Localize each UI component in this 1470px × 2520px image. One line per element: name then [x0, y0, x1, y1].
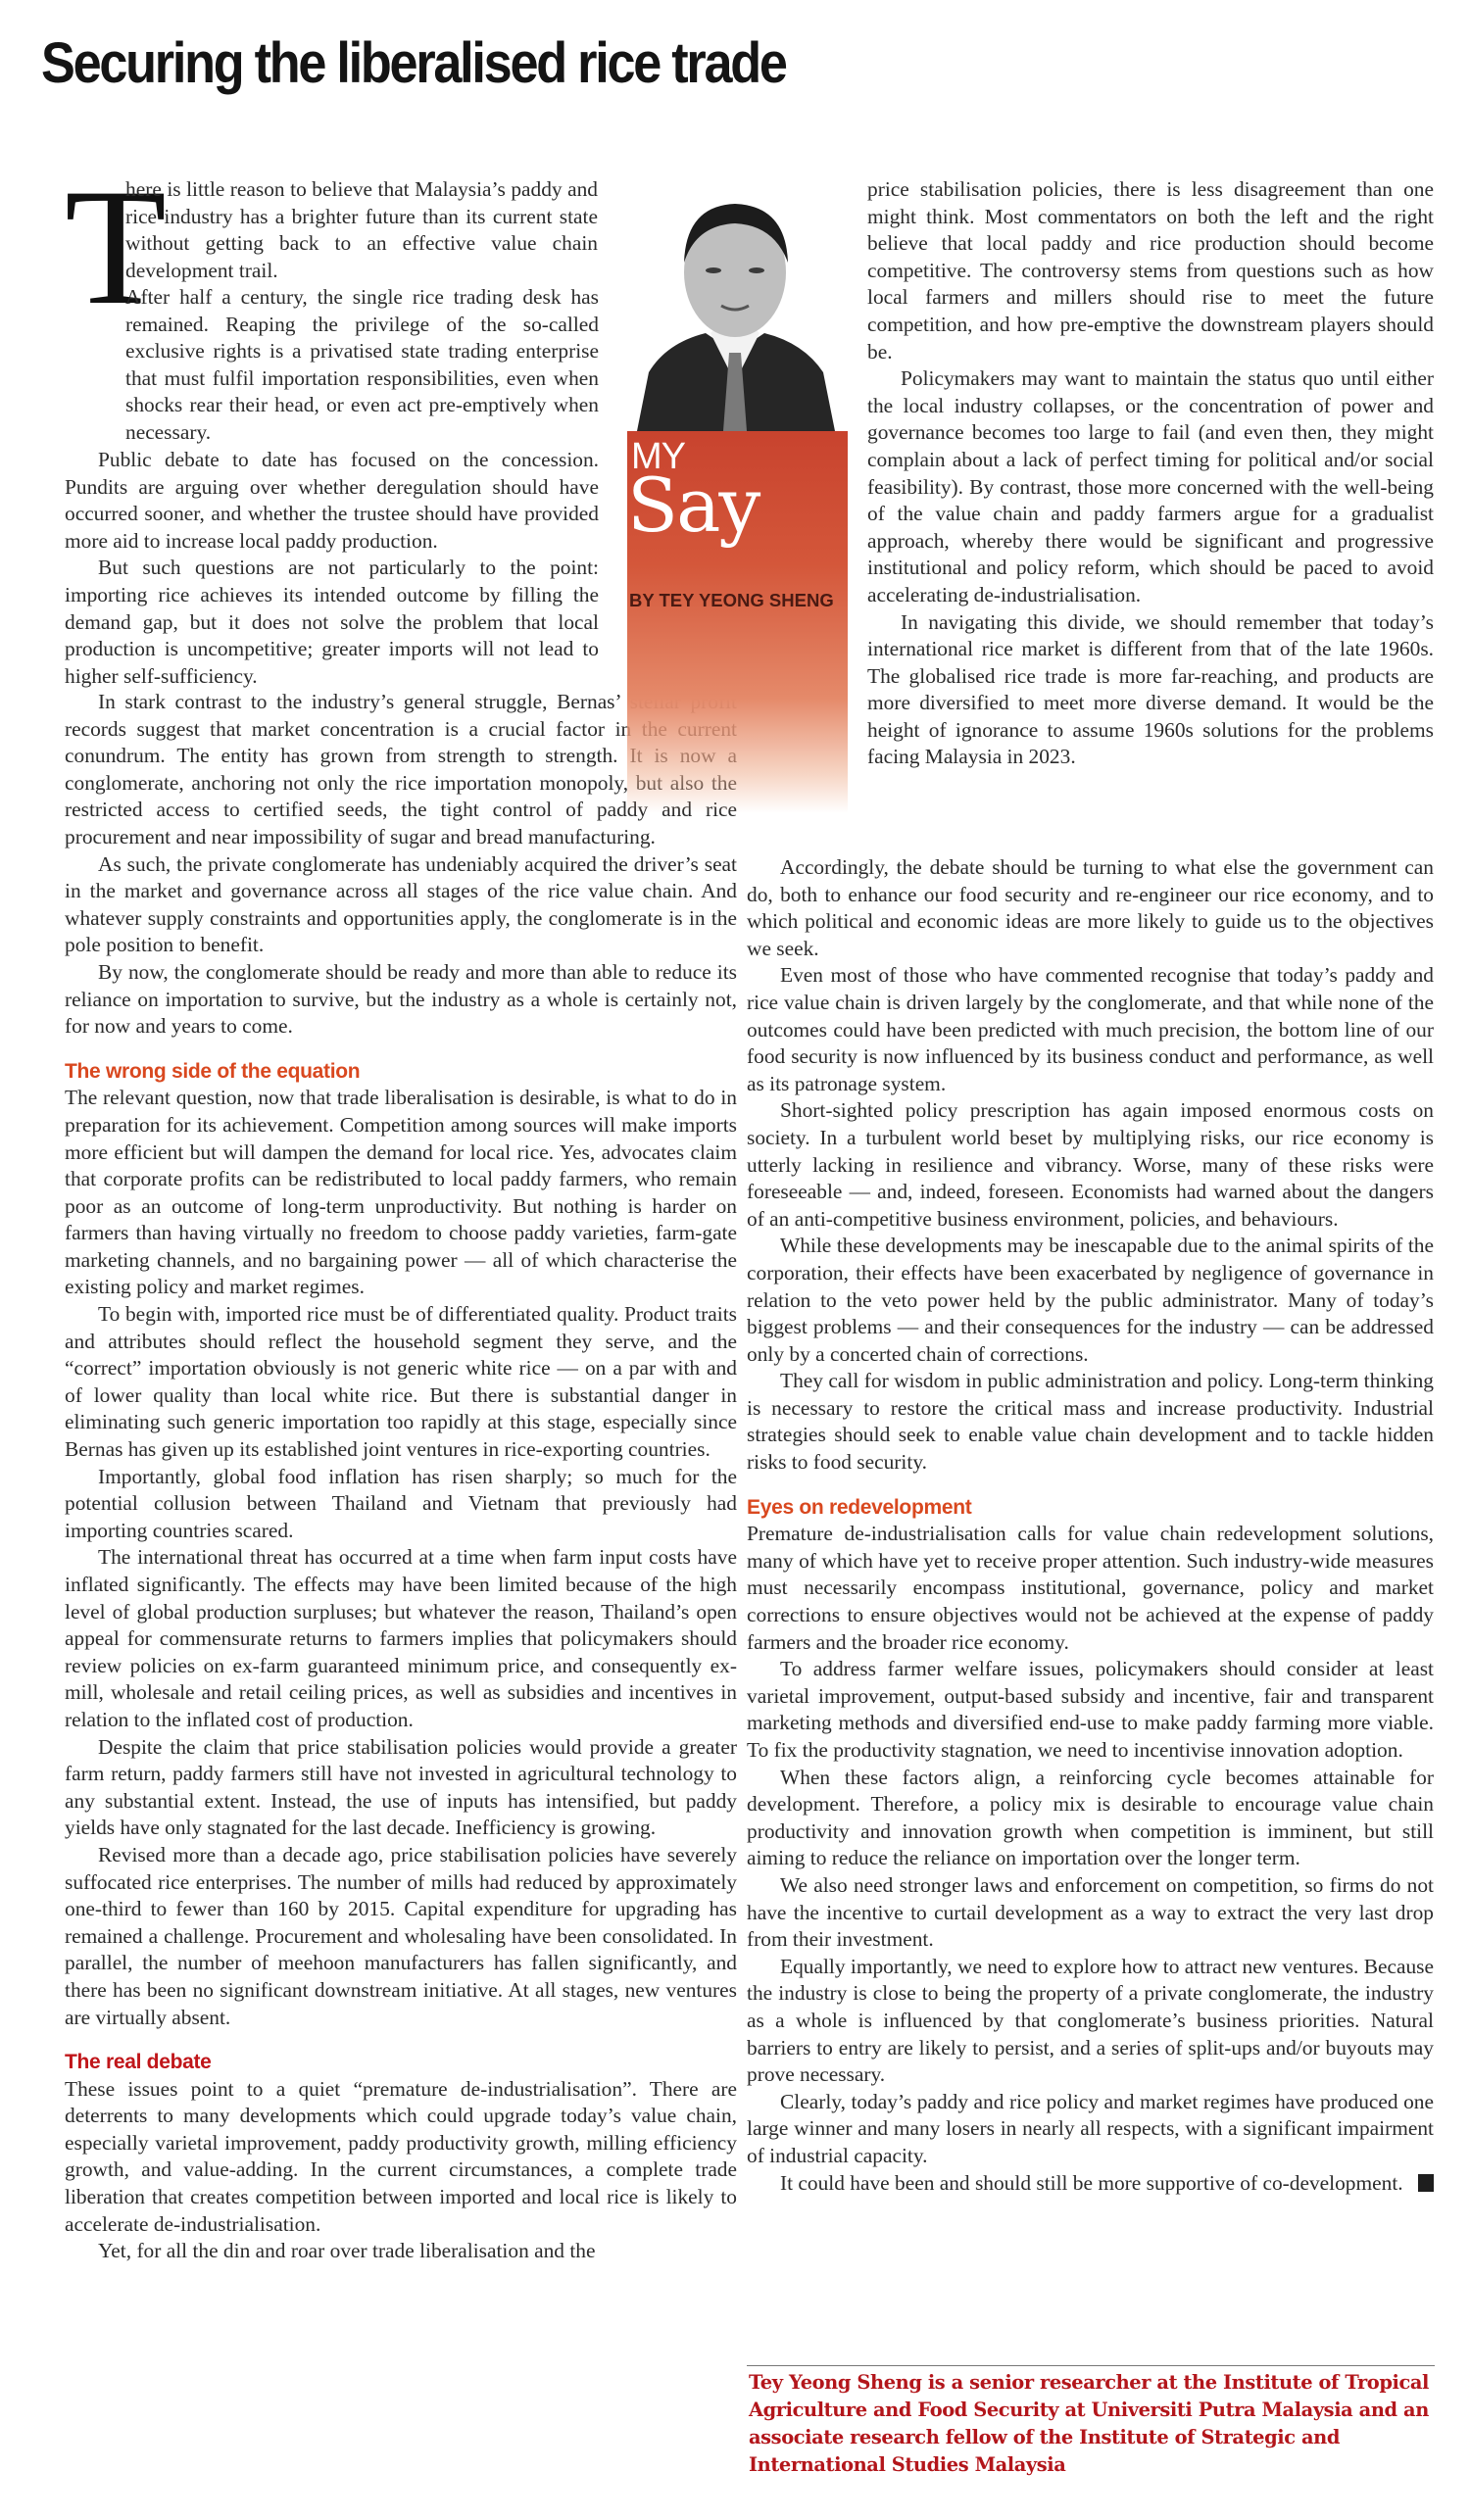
paragraph: Revised more than a decade ago, price st… [65, 1842, 737, 2031]
author-bio: Tey Yeong Sheng is a senior researcher a… [749, 2369, 1435, 2479]
final-sentence: It could have been and should still be m… [780, 2171, 1403, 2195]
col2-wide: Accordingly, the debate should be turnin… [747, 854, 1434, 2197]
my-say-label-say: Say [627, 466, 759, 545]
paragraph: As such, the private conglomerate has un… [65, 851, 737, 959]
col1-middle: Public debate to date has focused on the… [65, 447, 599, 690]
paragraph: We also need stronger laws and enforceme… [747, 1872, 1434, 1954]
paragraph: They call for wisdom in public administr… [747, 1368, 1434, 1476]
paragraph: price stabilisation policies, there is l… [867, 176, 1434, 365]
subhead-real-debate: The real debate [65, 2049, 737, 2076]
paragraph: here is little reason to believe that Ma… [125, 176, 598, 284]
paragraph: It could have been and should still be m… [747, 2170, 1434, 2198]
paragraph: Public debate to date has focused on the… [65, 447, 599, 555]
paragraph: The international threat has occurred at… [65, 1544, 737, 1733]
paragraph: Premature de-industrialisation calls for… [747, 1521, 1434, 1656]
paragraph: Policymakers may want to maintain the st… [867, 365, 1434, 608]
col2-upper: price stabilisation policies, there is l… [867, 176, 1434, 771]
col1-wide: In stark contrast to the industry’s gene… [65, 689, 737, 2265]
paragraph: After half a century, the single rice tr… [65, 284, 599, 447]
author-photo [627, 186, 843, 431]
end-mark-icon: E [1418, 2174, 1434, 2192]
author-portrait-icon [627, 186, 843, 431]
paragraph: Yet, for all the din and roar over trade… [65, 2238, 737, 2265]
intro-paragraph: here is little reason to believe that Ma… [125, 176, 598, 284]
headline: Securing the liberalised rice trade [41, 29, 1011, 98]
paragraph: By now, the conglomerate should be ready… [65, 959, 737, 1041]
paragraph: Accordingly, the debate should be turnin… [747, 854, 1434, 962]
paragraph: Even most of those who have commented re… [747, 962, 1434, 1097]
paragraph: Despite the claim that price stabilisati… [65, 1734, 737, 1842]
paragraph: Clearly, today’s paddy and rice policy a… [747, 2089, 1434, 2170]
paragraph: While these developments may be inescapa… [747, 1233, 1434, 1368]
paragraph: In navigating this divide, we should rem… [867, 609, 1434, 772]
paragraph: When these factors align, a reinforcing … [747, 1765, 1434, 1872]
paragraph: To address farmer welfare issues, policy… [747, 1656, 1434, 1764]
subhead-wrong-side: The wrong side of the equation [65, 1058, 737, 1086]
paragraph: The relevant question, now that trade li… [65, 1085, 737, 1301]
paragraph: Equally importantly, we need to explore … [747, 1954, 1434, 2089]
paragraph: Importantly, global food inflation has r… [65, 1464, 737, 1545]
divider-rule [747, 2365, 1435, 2366]
paragraph: Short-sighted policy prescription has ag… [747, 1097, 1434, 1233]
my-say-banner: MY Say BY TEY YEONG SHENG [627, 431, 848, 813]
paragraph: These issues point to a quiet “premature… [65, 2076, 737, 2239]
byline: BY TEY YEONG SHENG [629, 590, 834, 611]
col1-upper: After half a century, the single rice tr… [65, 284, 599, 447]
subhead-eyes-on-redevelopment: Eyes on redevelopment [747, 1494, 1434, 1522]
paragraph: To begin with, imported rice must be of … [65, 1301, 737, 1464]
paragraph: But such questions are not particularly … [65, 555, 599, 690]
